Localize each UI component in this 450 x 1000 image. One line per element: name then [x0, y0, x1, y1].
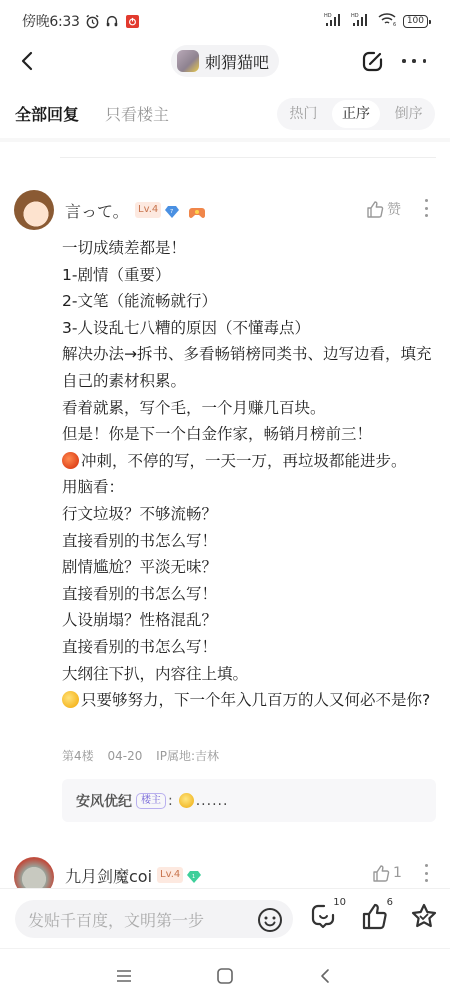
post-content: 一切成绩差都是！ 1-剧情（重要） 2-文笔（能流畅就行） 3-人设乱七八糟的原… — [62, 235, 440, 714]
favorite-button[interactable] — [410, 902, 442, 934]
sort-toggle: 热门 正序 倒序 — [277, 98, 435, 130]
alarm-icon — [85, 14, 100, 29]
post-meta: 第4楼 04-20 IP属地:吉林 — [62, 747, 229, 764]
dot-icon — [425, 199, 428, 202]
content-line: 看着就累，写个毛，一个月赚几百块。 — [62, 395, 440, 422]
content-line: 行文垃圾？不够流畅？ — [62, 501, 440, 528]
dot-icon — [402, 59, 406, 63]
signal-icon-1: HD — [324, 12, 346, 30]
avatar[interactable] — [14, 190, 54, 230]
sort-descending[interactable]: 倒序 — [384, 100, 433, 128]
sub-reply-colon: : — [168, 793, 173, 809]
svg-text:1: 1 — [192, 874, 195, 880]
content-line: 直接看别的书怎么写！ — [62, 528, 440, 555]
back-button[interactable] — [14, 46, 44, 76]
dot-icon — [423, 59, 427, 63]
thumbs-up-icon — [361, 902, 389, 932]
content-line: 一切成绩差都是！ — [62, 235, 440, 262]
menu-icon — [113, 965, 135, 987]
level-badge: Lv.4 — [135, 202, 161, 218]
content-line: 直接看别的书怎么写！ — [62, 634, 440, 661]
status-bar: 傍晚6:33 HD HD 6 100 — [0, 0, 450, 42]
home-square-icon — [214, 965, 236, 987]
content-line: 但是！你是下一个白金作家，畅销月榜前三！ — [62, 421, 440, 448]
svg-text:6: 6 — [393, 22, 396, 26]
username[interactable]: 言って。 — [65, 199, 129, 222]
post-menu-button[interactable] — [423, 864, 429, 882]
back-icon — [14, 46, 44, 76]
svg-text:7: 7 — [170, 209, 173, 215]
post-menu-button[interactable] — [423, 199, 429, 217]
reply-input-placeholder: 发贴千百度，文明第一步 — [28, 908, 204, 931]
home-button[interactable] — [214, 965, 236, 987]
share-button[interactable] — [360, 48, 386, 74]
bottom-action-bar: 发贴千百度，文明第一步 10 6 — [0, 888, 450, 948]
comment-count: 10 — [333, 897, 346, 908]
headphones-icon — [105, 14, 119, 28]
forum-name: 刺猬猫吧 — [205, 50, 269, 73]
content-line: 人设崩塌？性格混乱？ — [62, 607, 440, 634]
emoji-button[interactable] — [257, 907, 283, 933]
content-line: 大纲往下扒，内容往上填。 — [62, 661, 440, 688]
content-line: 解决办法→拆书、多看畅销榜同类书、边写边看，填充自己的素材积累。 — [62, 341, 440, 394]
signal-icon-2: HD — [351, 12, 373, 30]
thumbs-up-icon — [372, 864, 390, 882]
share-icon — [360, 48, 386, 74]
sub-reply[interactable]: 安风优纪 楼主 : ...... — [62, 779, 436, 822]
yum-emoji-icon — [62, 691, 79, 708]
tomato-emoji-icon — [62, 452, 79, 469]
gem-badge-icon: 7 — [165, 203, 179, 215]
system-navigation-bar — [0, 948, 450, 1000]
system-back-button[interactable] — [315, 965, 337, 987]
top-nav-bar: 刺猬猫吧 — [0, 42, 450, 82]
star-icon — [410, 902, 438, 932]
battery-indicator: 100 — [403, 15, 428, 28]
tab-op-only[interactable]: 只看楼主 — [105, 102, 169, 125]
like-count: 1 — [393, 865, 402, 881]
sub-reply-text: ...... — [196, 793, 229, 809]
dot-icon — [425, 214, 428, 217]
thumbs-up-icon — [366, 200, 384, 218]
svg-text:HD: HD — [351, 13, 359, 19]
recents-button[interactable] — [113, 965, 135, 987]
content-line-with-emoji: 冲刺，不停的写，一天一万，再垃圾都能进步。 — [62, 448, 440, 475]
sub-reply-username[interactable]: 安风优纪 — [76, 791, 132, 811]
reply-input[interactable]: 发贴千百度，文明第一步 — [15, 900, 293, 938]
content-line: 3-人设乱七八糟的原因（不懂毒点） — [62, 315, 440, 342]
level-badge: Lv.4 — [157, 867, 183, 883]
wifi-icon: 6 — [378, 12, 398, 30]
forum-avatar — [177, 50, 199, 72]
gem-badge-icon: 1 — [187, 868, 201, 880]
ip-location: IP属地:吉林 — [156, 749, 219, 763]
post-date: 04-20 — [107, 749, 142, 763]
username[interactable]: 九月剑魔coi — [65, 864, 152, 887]
smile-emoji-icon — [179, 793, 194, 808]
like-post-button[interactable]: 6 — [361, 902, 393, 934]
like-button[interactable]: 1 — [372, 864, 402, 882]
content-line: 2-文笔（能流畅就行） — [62, 288, 440, 315]
op-badge: 楼主 — [136, 793, 166, 809]
more-button[interactable] — [400, 50, 428, 72]
tab-all-replies[interactable]: 全部回复 — [15, 102, 79, 125]
svg-text:HD: HD — [324, 13, 332, 19]
content-line: 用脑看： — [62, 474, 440, 501]
divider — [0, 138, 450, 142]
content-text: 只要够努力，下一个年入几百万的人又何必不是你? — [81, 691, 430, 709]
reply-filter-bar: 全部回复 只看楼主 热门 正序 倒序 — [0, 92, 450, 138]
dot-icon — [425, 864, 428, 867]
content-line: 直接看别的书怎么写！ — [62, 581, 440, 608]
floor-number: 第4楼 — [62, 749, 94, 763]
like-count: 6 — [387, 897, 393, 908]
content-text: 冲刺，不停的写，一天一万，再垃圾都能进步。 — [81, 452, 407, 470]
comments-button[interactable]: 10 — [310, 902, 342, 934]
back-chevron-icon — [315, 965, 337, 987]
like-button[interactable]: 赞 — [366, 199, 401, 219]
sort-hot[interactable]: 热门 — [279, 100, 328, 128]
content-line-with-emoji: 只要够努力，下一个年入几百万的人又何必不是你? — [62, 687, 440, 714]
smiley-icon — [257, 907, 283, 933]
like-label: 赞 — [387, 199, 401, 219]
gamepad-badge-icon — [189, 204, 205, 216]
dot-icon — [425, 207, 428, 210]
clock: 傍晚6:33 — [22, 11, 80, 31]
forum-link[interactable]: 刺猬猫吧 — [171, 45, 279, 77]
dot-icon — [425, 879, 428, 882]
music-app-icon — [126, 15, 139, 28]
dot-icon — [412, 59, 416, 63]
divider — [60, 157, 436, 158]
content-line: 1-剧情（重要） — [62, 262, 440, 289]
sort-ascending[interactable]: 正序 — [332, 100, 381, 128]
content-line: 剧情尴尬？平淡无味？ — [62, 554, 440, 581]
dot-icon — [425, 872, 428, 875]
